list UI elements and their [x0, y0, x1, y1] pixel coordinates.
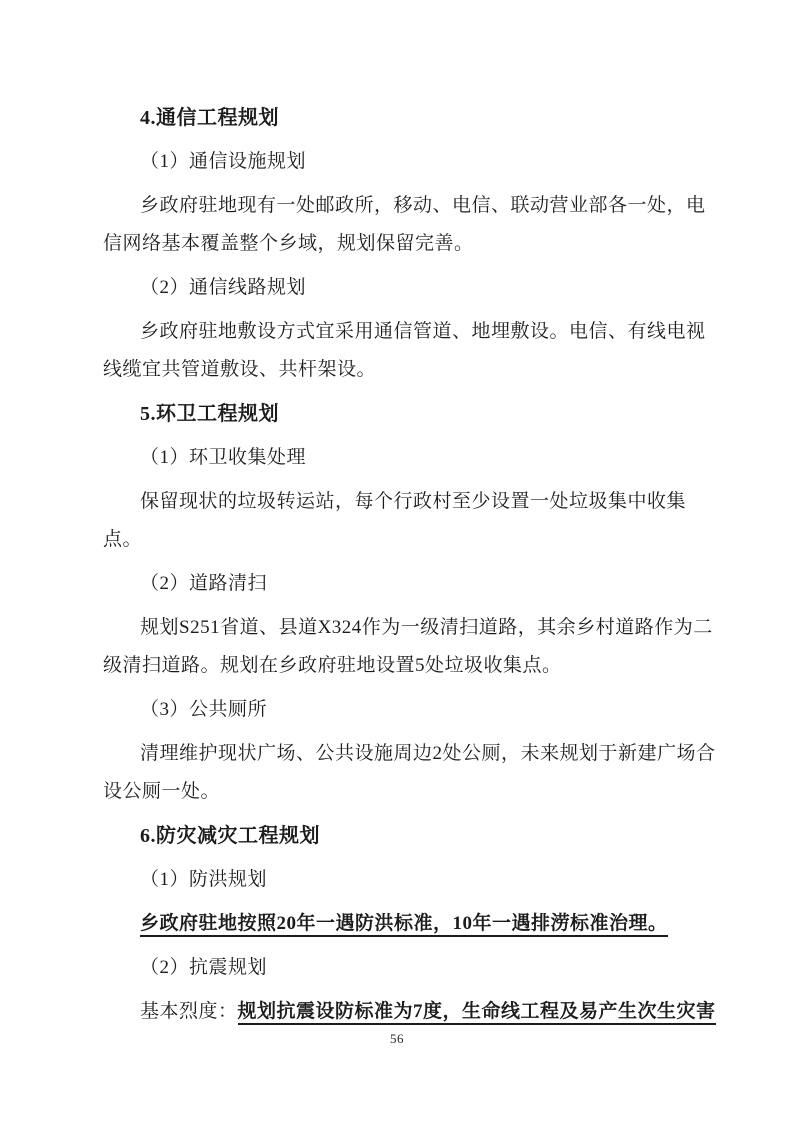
text-line: （2）道路清扫 [103, 565, 705, 603]
section-heading: 6.防灾减灾工程规划 [103, 817, 705, 855]
text-line: 级清扫道路。规划在乡政府驻地设置5处垃圾收集点。 [103, 647, 705, 685]
text-segment: （1）防洪规划 [140, 869, 267, 890]
text-segment: 5.环卫工程规划 [140, 403, 279, 425]
text-line: 清理维护现状广场、公共设施周边2处公厕，未来规划于新建广场合 [103, 735, 705, 773]
text-line: 4.通信工程规划 [103, 99, 705, 137]
sub-heading: （1）环卫收集处理 [103, 439, 705, 477]
text-line: （1）防洪规划 [103, 861, 705, 899]
text-line: 基本烈度：规划抗震设防标准为7度，生命线工程及易产生次生灾害 [103, 993, 705, 1031]
text-segment: 基本烈度： [140, 1001, 238, 1022]
sub-heading: （2）道路清扫 [103, 565, 705, 603]
text-segment: 乡政府驻地敷设方式宜采用通信管道、地埋敷设。电信、有线电视 [140, 321, 706, 342]
text-segment: 信网络基本覆盖整个乡域，规划保留完善。 [103, 233, 474, 254]
text-segment: （2）通信线路规划 [140, 277, 306, 298]
paragraph: 乡政府驻地敷设方式宜采用通信管道、地埋敷设。电信、有线电视线缆宜共管道敷设、共杆… [103, 313, 705, 389]
text-segment: 设公厕一处。 [103, 781, 220, 802]
text-segment: 点。 [103, 529, 142, 550]
text-line: 点。 [103, 521, 705, 559]
text-line: 规划S251省道、县道X324作为一级清扫道路，其余乡村道路作为二 [103, 609, 705, 647]
text-segment: 规划抗震设防标准为7度，生命线工程及易产生次生灾害 [238, 1001, 716, 1025]
text-segment: （1）通信设施规划 [140, 151, 306, 172]
text-line: 信网络基本覆盖整个乡域，规划保留完善。 [103, 225, 705, 263]
text-segment: 保留现状的垃圾转运站，每个行政村至少设置一处垃圾集中收集 [140, 491, 686, 512]
text-segment: 规划S251省道、县道X324作为一级清扫道路，其余乡村道路作为二 [140, 617, 713, 638]
text-line: （1）环卫收集处理 [103, 439, 705, 477]
text-line: （2）抗震规划 [103, 949, 705, 987]
text-segment: 线缆宜共管道敷设、共杆架设。 [103, 359, 376, 380]
text-segment: （3）公共厕所 [140, 699, 267, 720]
text-line: 保留现状的垃圾转运站，每个行政村至少设置一处垃圾集中收集 [103, 483, 705, 521]
text-segment: （2）抗震规划 [140, 957, 267, 978]
text-segment: 4.通信工程规划 [140, 107, 279, 129]
paragraph: 规划S251省道、县道X324作为一级清扫道路，其余乡村道路作为二级清扫道路。规… [103, 609, 705, 685]
page-number: 56 [0, 1030, 794, 1048]
text-line: 6.防灾减灾工程规划 [103, 817, 705, 855]
paragraph: 清理维护现状广场、公共设施周边2处公厕，未来规划于新建广场合设公厕一处。 [103, 735, 705, 811]
sub-heading: （1）通信设施规划 [103, 143, 705, 181]
paragraph: 基本烈度：规划抗震设防标准为7度，生命线工程及易产生次生灾害 [103, 993, 705, 1031]
paragraph: 乡政府驻地按照20年一遇防洪标准，10年一遇排涝标准治理。 [103, 905, 705, 943]
section-heading: 4.通信工程规划 [103, 99, 705, 137]
document-body: 4.通信工程规划（1）通信设施规划乡政府驻地现有一处邮政所，移动、电信、联动营业… [103, 99, 705, 1031]
text-segment: （1）环卫收集处理 [140, 447, 306, 468]
text-line: 5.环卫工程规划 [103, 395, 705, 433]
sub-heading: （2）通信线路规划 [103, 269, 705, 307]
text-segment: 级清扫道路。规划在乡政府驻地设置5处垃圾收集点。 [103, 655, 562, 676]
text-segment: 清理维护现状广场、公共设施周边2处公厕，未来规划于新建广场合 [140, 743, 716, 764]
text-line: （2）通信线路规划 [103, 269, 705, 307]
text-line: 线缆宜共管道敷设、共杆架设。 [103, 351, 705, 389]
paragraph: 乡政府驻地现有一处邮政所，移动、电信、联动营业部各一处，电信网络基本覆盖整个乡域… [103, 187, 705, 263]
text-line: 乡政府驻地按照20年一遇防洪标准，10年一遇排涝标准治理。 [103, 905, 705, 943]
text-line: （1）通信设施规划 [103, 143, 705, 181]
text-line: 设公厕一处。 [103, 773, 705, 811]
section-heading: 5.环卫工程规划 [103, 395, 705, 433]
sub-heading: （3）公共厕所 [103, 691, 705, 729]
text-segment: 乡政府驻地按照20年一遇防洪标准，10年一遇排涝标准治理。 [140, 913, 668, 937]
document-page: 4.通信工程规划（1）通信设施规划乡政府驻地现有一处邮政所，移动、电信、联动营业… [0, 0, 794, 1122]
text-segment: （2）道路清扫 [140, 573, 267, 594]
sub-heading: （2）抗震规划 [103, 949, 705, 987]
text-segment: 乡政府驻地现有一处邮政所，移动、电信、联动营业部各一处，电 [140, 195, 706, 216]
text-line: （3）公共厕所 [103, 691, 705, 729]
paragraph: 保留现状的垃圾转运站，每个行政村至少设置一处垃圾集中收集点。 [103, 483, 705, 559]
text-line: 乡政府驻地现有一处邮政所，移动、电信、联动营业部各一处，电 [103, 187, 705, 225]
text-line: 乡政府驻地敷设方式宜采用通信管道、地埋敷设。电信、有线电视 [103, 313, 705, 351]
text-segment: 6.防灾减灾工程规划 [140, 825, 320, 847]
sub-heading: （1）防洪规划 [103, 861, 705, 899]
